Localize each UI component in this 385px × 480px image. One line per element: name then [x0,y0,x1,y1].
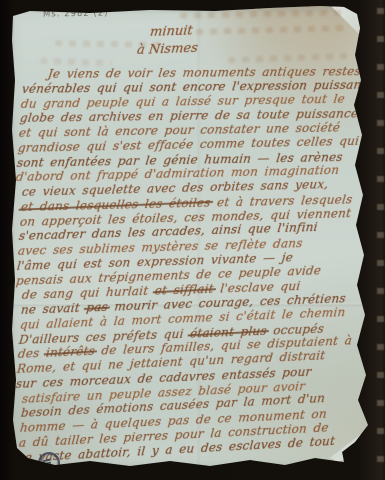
struck-text: pas [86,300,109,315]
scanner-edge-marks [377,8,384,474]
manuscript-scan: Ms. 2982 (2) minuit à Nismes Je viens de… [0,0,385,480]
struck-text: intérêts [45,344,95,360]
manuscript-page: Ms. 2982 (2) minuit à Nismes Je viens de… [0,0,385,480]
ink-bleed-through [228,53,350,63]
title-line-2: à Nismes [136,41,198,58]
ink-bleed-through [196,25,346,35]
title-line-1: minuit [149,23,193,40]
ink-bleed-through [40,58,112,67]
ink-bleed-through [180,10,348,19]
catalog-number: Ms. 2982 (2) [43,8,109,19]
